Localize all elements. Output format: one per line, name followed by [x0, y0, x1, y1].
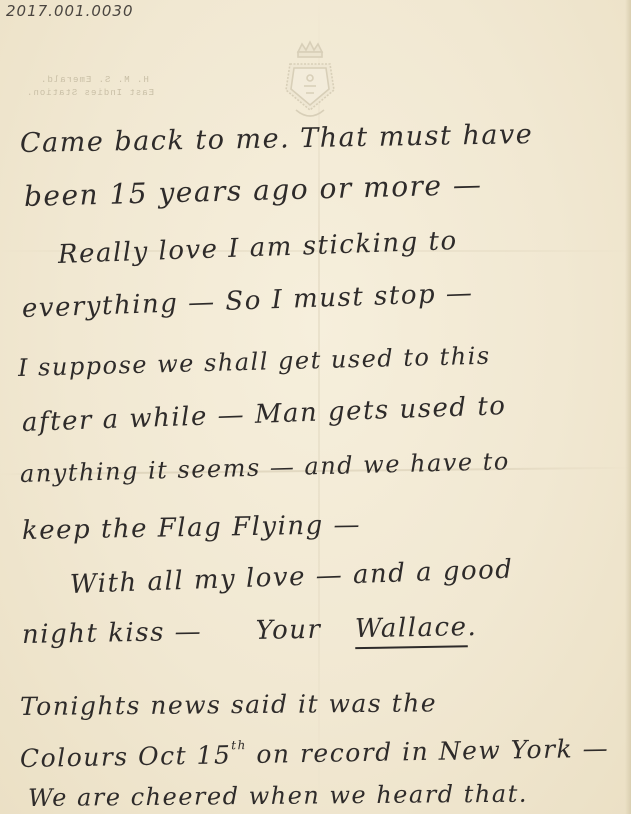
letter-page: 2017.001.0030 H. M. S. Emerald. East Ind…	[0, 0, 631, 814]
closing-line: night kiss —	[22, 617, 203, 650]
ordinal-suffix: th	[231, 738, 247, 752]
handwritten-line: been 15 years ago or more —	[24, 168, 483, 213]
handwritten-line: everything — So I must stop —	[21, 278, 473, 324]
handwritten-line: With all my love — and a good	[69, 555, 513, 600]
handwritten-line: Really love I am sticking to	[57, 226, 458, 270]
closing-word: Your	[255, 615, 321, 646]
handwritten-body: Came back to me. That must have been 15 …	[0, 0, 631, 814]
handwritten-line: night kiss — Your Wallace.	[22, 612, 478, 650]
postscript-line: We are cheered when we heard that.	[28, 780, 528, 812]
postscript-rest: on record in New York —	[256, 734, 609, 769]
postscript-date: Colours Oct 15	[20, 740, 232, 773]
postscript-line: Colours Oct 15th on record in New York —	[20, 732, 610, 773]
handwritten-line: keep the Flag Flying —	[22, 510, 362, 546]
handwritten-line: anything it seems — and we have to	[20, 447, 511, 488]
signature-period: .	[467, 612, 477, 642]
handwritten-line: after a while — Man gets used to	[21, 391, 506, 438]
handwritten-line: Came back to me. That must have	[20, 119, 534, 159]
signature: Wallace	[355, 612, 468, 644]
postscript-line: Tonights news said it was the	[20, 688, 437, 721]
handwritten-line: I suppose we shall get used to this	[18, 342, 491, 382]
